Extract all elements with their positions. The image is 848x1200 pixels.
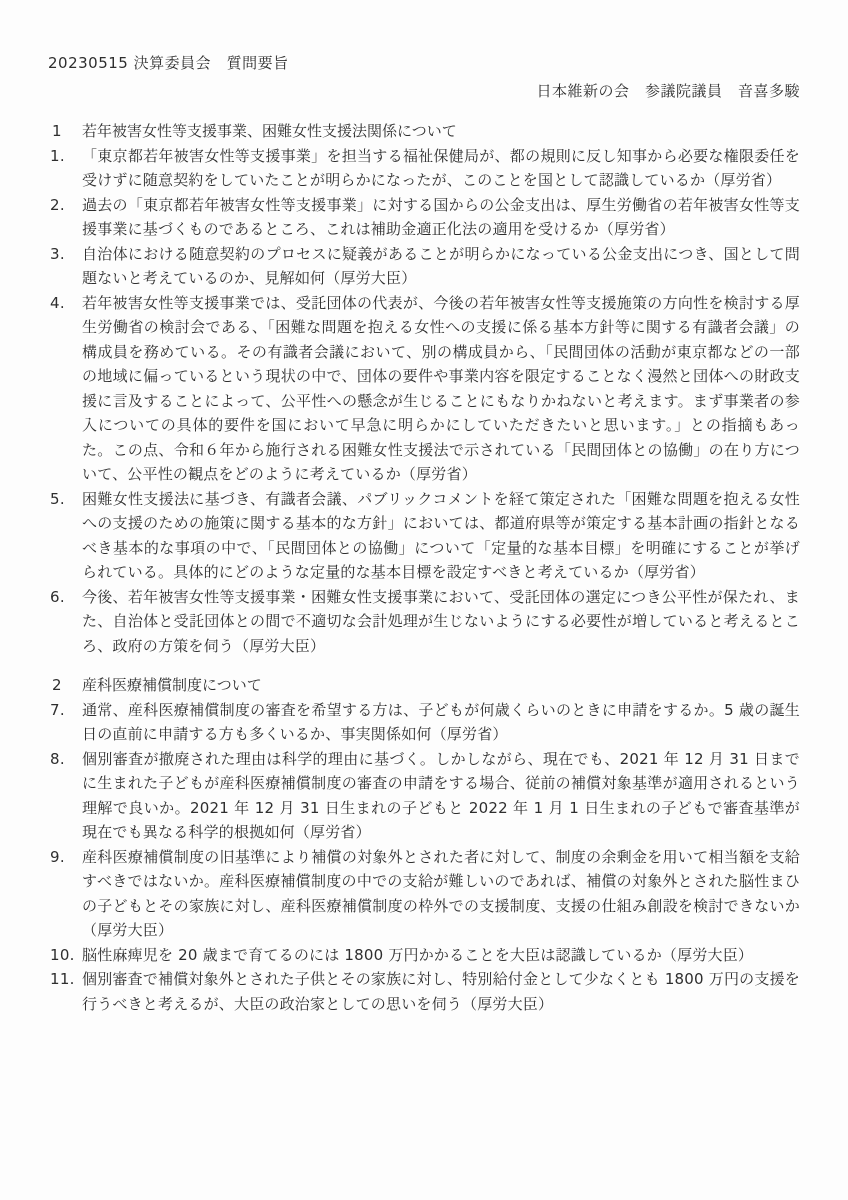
question-1-text: 「東京都若年被害女性等支援事業」を担当する福祉保健局が、都の規則に反し知事から必…: [82, 144, 800, 193]
question-11-number: 11.: [48, 967, 82, 1016]
section-2-heading: 2 産科医療補償制度について: [48, 673, 800, 698]
author-attribution: 日本維新の会 参議院議員 音喜多駿: [48, 80, 800, 102]
question-10-number: 10.: [48, 943, 82, 968]
question-5-text: 困難女性支援法に基づき、有識者会議、パブリックコメントを経て策定された「困難な問…: [82, 487, 800, 585]
question-item-7: 7. 通常、産科医療補償制度の審査を希望する方は、子どもが何歳くらいのときに申請…: [48, 698, 800, 747]
section-1-number: 1: [48, 119, 82, 144]
section-2-title: 産科医療補償制度について: [82, 673, 800, 698]
question-item-4: 4. 若年被害女性等支援事業では、受託団体の代表が、今後の若年被害女性等支援施策…: [48, 291, 800, 487]
question-9-number: 9.: [48, 845, 82, 943]
question-2-text: 過去の「東京都若年被害女性等支援事業」に対する国からの公金支出は、厚生労働省の若…: [82, 193, 800, 242]
question-3-number: 3.: [48, 242, 82, 291]
question-item-6: 6. 今後、若年被害女性等支援事業・困難女性支援事業において、受託団体の選定につ…: [48, 585, 800, 659]
question-3-text: 自治体における随意契約のプロセスに疑義があることが明らかになっている公金支出につ…: [82, 242, 800, 291]
document-page: 20230515 決算委員会 質問要旨 日本維新の会 参議院議員 音喜多駿 1 …: [0, 0, 848, 1200]
question-6-number: 6.: [48, 585, 82, 659]
question-item-8: 8. 個別審査が撤廃された理由は科学的理由に基づく。しかしながら、現在でも、20…: [48, 747, 800, 845]
question-9-text: 産科医療補償制度の旧基準により補償の対象外とされた者に対して、制度の余剰金を用い…: [82, 845, 800, 943]
question-item-2: 2. 過去の「東京都若年被害女性等支援事業」に対する国からの公金支出は、厚生労働…: [48, 193, 800, 242]
question-8-number: 8.: [48, 747, 82, 845]
section-1-title: 若年被害女性等支援事業、困難女性支援法関係について: [82, 119, 800, 144]
question-7-number: 7.: [48, 698, 82, 747]
question-item-10: 10. 脳性麻痺児を 20 歳まで育てるのには 1800 万円かかることを大臣は…: [48, 943, 800, 968]
question-1-number: 1.: [48, 144, 82, 193]
question-item-5: 5. 困難女性支援法に基づき、有識者会議、パブリックコメントを経て策定された「困…: [48, 487, 800, 585]
question-7-text: 通常、産科医療補償制度の審査を希望する方は、子どもが何歳くらいのときに申請をする…: [82, 698, 800, 747]
section-obstetric-compensation: 2 産科医療補償制度について 7. 通常、産科医療補償制度の審査を希望する方は、…: [48, 673, 800, 1016]
question-item-9: 9. 産科医療補償制度の旧基準により補償の対象外とされた者に対して、制度の余剰金…: [48, 845, 800, 943]
question-4-number: 4.: [48, 291, 82, 487]
question-5-number: 5.: [48, 487, 82, 585]
section-2-number: 2: [48, 673, 82, 698]
document-title: 20230515 決算委員会 質問要旨: [48, 52, 800, 74]
question-11-text: 個別審査で補償対象外とされた子供とその家族に対し、特別給付金として少なくとも 1…: [82, 967, 800, 1016]
section-1-heading: 1 若年被害女性等支援事業、困難女性支援法関係について: [48, 119, 800, 144]
question-8-text: 個別審査が撤廃された理由は科学的理由に基づく。しかしながら、現在でも、2021 …: [82, 747, 800, 845]
question-item-3: 3. 自治体における随意契約のプロセスに疑義があることが明らかになっている公金支…: [48, 242, 800, 291]
question-2-number: 2.: [48, 193, 82, 242]
question-item-1: 1. 「東京都若年被害女性等支援事業」を担当する福祉保健局が、都の規則に反し知事…: [48, 144, 800, 193]
question-6-text: 今後、若年被害女性等支援事業・困難女性支援事業において、受託団体の選定につき公平…: [82, 585, 800, 659]
question-4-text: 若年被害女性等支援事業では、受託団体の代表が、今後の若年被害女性等支援施策の方向…: [82, 291, 800, 487]
section-youth-support: 1 若年被害女性等支援事業、困難女性支援法関係について 1. 「東京都若年被害女…: [48, 119, 800, 658]
question-10-text: 脳性麻痺児を 20 歳まで育てるのには 1800 万円かかることを大臣は認識して…: [82, 943, 800, 968]
question-item-11: 11. 個別審査で補償対象外とされた子供とその家族に対し、特別給付金として少なく…: [48, 967, 800, 1016]
